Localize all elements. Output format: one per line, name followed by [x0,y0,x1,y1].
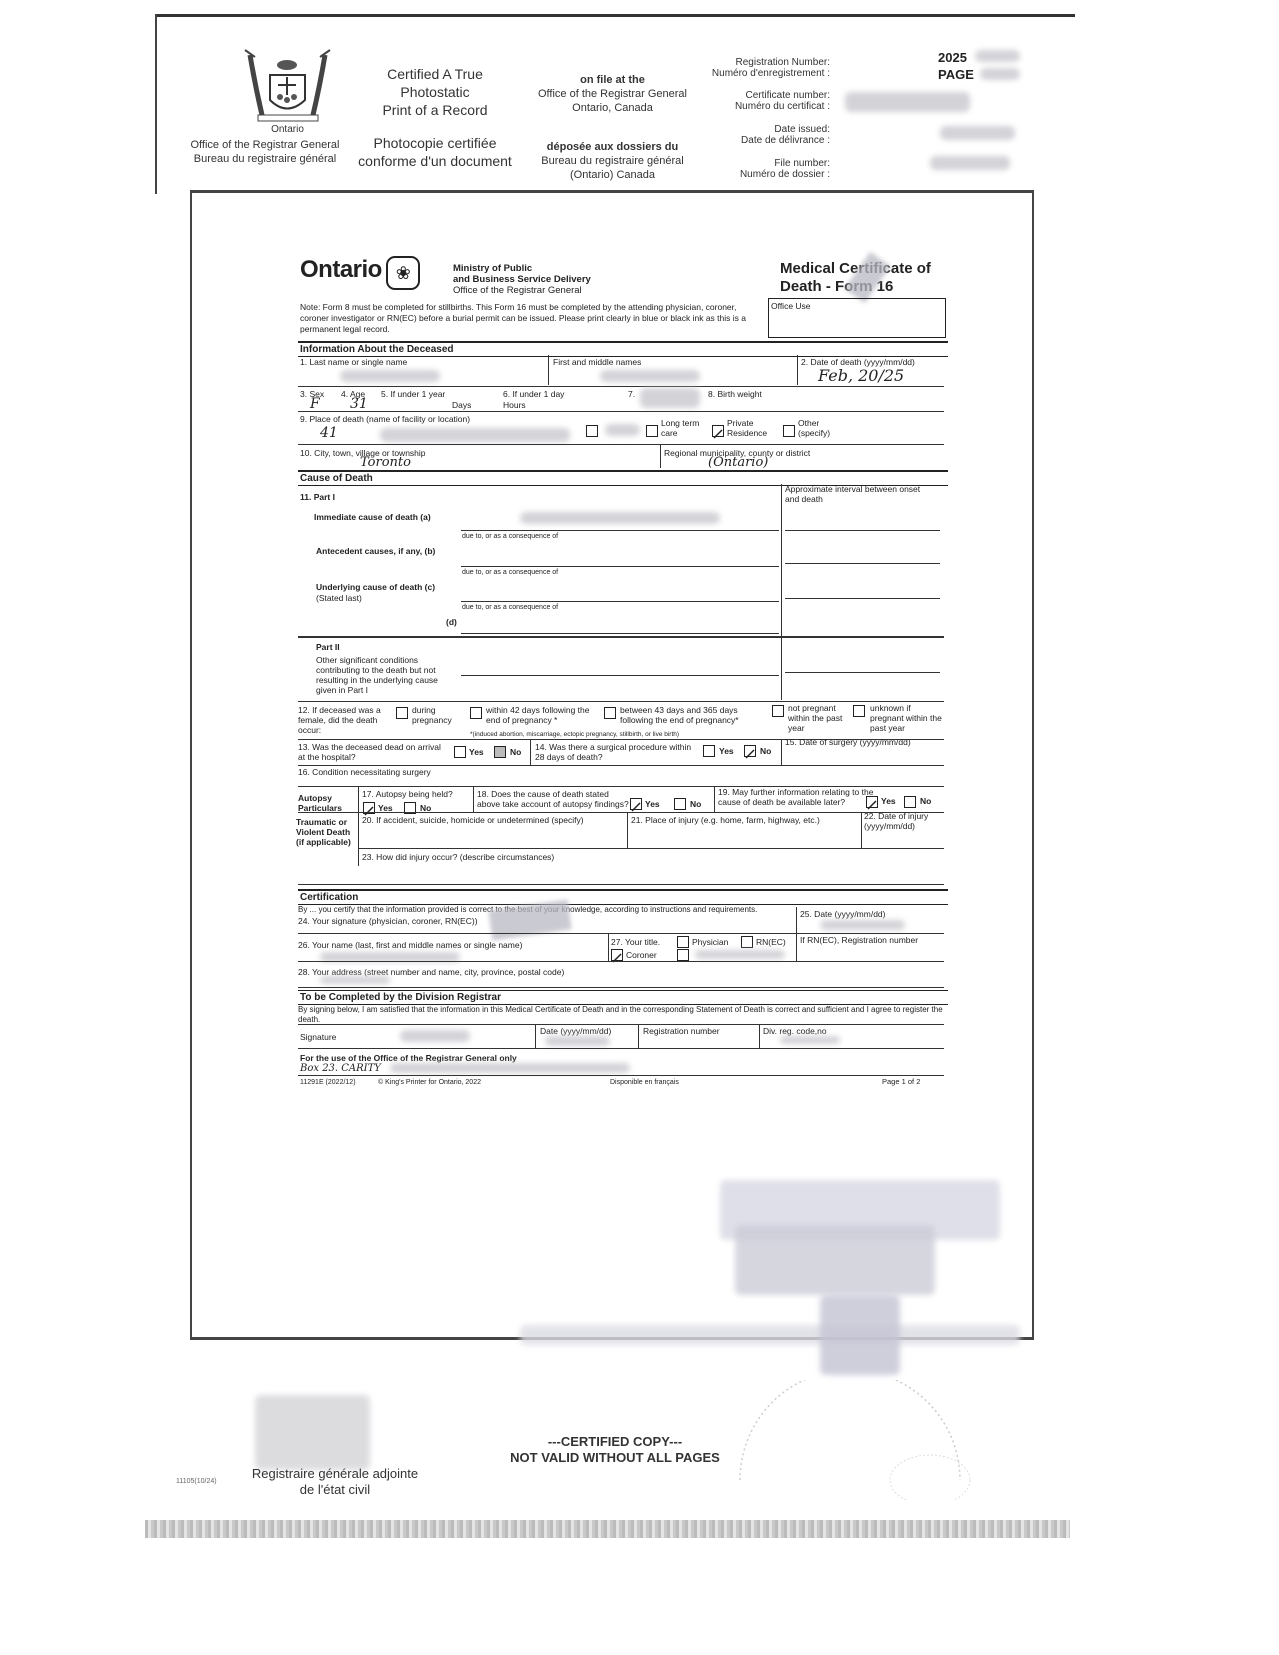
antecedent-label: Antecedent causes, if any, (b) [316,546,435,556]
divider [781,638,782,700]
registration-number-label: Registration number [643,1026,720,1036]
q16-label: 16. Condition necessitating surgery [298,767,431,777]
form-code: 11291E (2022/12) [300,1079,356,1086]
q17-label: 17. Autopsy being held? [362,789,453,799]
days-label: Days [452,400,471,410]
rn-ec-label: RN(EC) [756,937,786,947]
q23-label: 23. How did injury occur? (describe circ… [362,852,554,862]
q27-label: 27. Your title. [611,937,660,947]
hours-label: Hours [503,400,526,410]
last-name-label: 1. Last name or single name [300,357,407,367]
q12-label: 12. If deceased was a female, did the de… [298,705,398,735]
redacted-registrar-date [545,1036,610,1046]
certified-fr: Photocopie certifiée conforme d'un docum… [350,134,520,170]
q20-label: 20. If accident, suicide, homicide or un… [362,815,584,825]
due-to-a: due to, or as a consequence of [462,532,558,542]
coroner-label: Coroner [626,950,657,960]
registration-number-value: 2025 [938,50,967,65]
interval-b-line [785,563,940,564]
q25-label: 25. Date (yyyy/mm/dd) [800,909,886,919]
not-pregnant-checkbox[interactable] [772,705,784,717]
ministry-name: Ministry of Publicand Business Service D… [453,263,591,296]
row-divider [298,411,944,412]
q13-yes-label: Yes [469,747,484,757]
divider [627,812,628,848]
q13-label: 13. Was the deceased dead on arrival at … [298,742,446,762]
bottom-form-code: 11105(10/24) [176,1478,217,1485]
date-issued-label: Date issued:Date de délivrance : [690,124,830,146]
birth-weight-label: 8. Birth weight [708,389,762,399]
q26-label: 26. Your name (last, first and middle na… [298,940,522,950]
divider [638,1024,639,1048]
unknown-pregnant-label: unknown if pregnant within the past year [870,703,942,733]
during-pregnancy-label: during pregnancy [412,705,467,725]
other-checkbox[interactable] [783,425,795,437]
divider [781,739,782,765]
redacted-field-7 [640,388,700,408]
redacted-org-use [390,1063,630,1073]
divider [714,786,715,812]
divider [660,444,661,468]
interval-part2-line [785,672,940,673]
redacted-signature-block [255,1395,370,1470]
underlying-label: Underlying cause of death (c) [316,582,435,592]
part-1-label: 11. Part I [300,492,335,502]
interval-c-line [785,598,940,599]
divider [358,786,359,866]
scan-left-border [155,14,157,194]
q19-no-checkbox[interactable] [904,796,916,808]
q19-yes-checkbox[interactable] [866,796,878,808]
q19-yes-label: Yes [881,796,896,806]
row-divider [298,765,944,766]
deputy-registrar-fr: Registraire générale adjointede l'état c… [230,1466,440,1498]
age-value: 31 [350,396,368,412]
crest-caption: Ontario [240,123,335,137]
registrar-date-label: Date (yyyy/mm/dd) [540,1026,611,1036]
during-pregnancy-checkbox[interactable] [396,707,408,719]
row-divider [358,848,944,849]
under-1-day-label: 6. If under 1 day [503,389,564,399]
divider [797,355,798,385]
french-available: Disponible en français [610,1079,679,1086]
redacted-file-number [930,156,1010,170]
divider [530,739,531,765]
other-label: Other (specify) [798,418,838,438]
city-value: Toronto [360,455,411,470]
redacted-block [520,1325,1020,1345]
redacted-block [820,1295,900,1375]
official-seal-icon [720,1380,980,1500]
q21-label: 21. Place of injury (e.g. home, farm, hi… [631,815,820,825]
certificate-number-label: Certificate number:Numéro du certificat … [690,90,830,112]
q15-label: 15. Date of surgery (yyyy/mm/dd) [785,737,911,747]
q14-yes-checkbox[interactable] [703,745,715,757]
on-file-fr: déposée aux dossiers du Bureau du regist… [525,140,700,182]
line-b [461,566,779,567]
ontario-crest-icon [240,45,335,127]
long-term-care-label: Long term care [661,418,709,438]
scan-bottom-edge [145,1520,1070,1538]
certified-copy-notice: ---CERTIFIED COPY--- NOT VALID WITHOUT A… [490,1434,740,1466]
coroner-checkbox[interactable] [611,949,623,961]
interval-a-line [785,530,940,531]
row-divider [298,884,944,885]
signature-label: Signature [300,1032,336,1042]
field-7-label: 7. [628,389,635,399]
redacted-page [980,68,1020,80]
region-value: (Ontario) [708,455,768,470]
under-1-year-label: 5. If under 1 year [381,389,445,399]
row-divider [298,933,944,934]
divider [781,484,782,636]
private-residence-label: Private Residence [727,418,779,438]
row-divider [298,636,944,638]
place-of-death-label: 9. Place of death (name of facility or l… [300,414,470,424]
page-number: Page 1 of 2 [882,1077,920,1086]
page-label: PAGE [938,67,974,82]
place-of-death-value: 41 [320,425,338,441]
rn-ec-checkbox[interactable] [741,936,753,948]
divider [473,786,474,812]
q19-no-label: No [920,796,931,806]
interval-label: Approximate interval between onset and d… [785,484,935,504]
not-pregnant-label: not pregnant within the past year [788,703,850,733]
redacted-date [820,920,905,930]
q14-label: 14. Was there a surgical procedure withi… [535,742,695,762]
autopsy-label: Autopsy Particulars [298,793,356,813]
org-use-label: For the use of the Office of the Registr… [300,1053,517,1063]
registrar-statement: By signing below, I am satisfied that th… [298,1005,944,1025]
registration-number-label: Registration Number:Numéro d'enregistrem… [690,57,830,79]
traumatic-label: Traumatic or Violent Death (if applicabl… [296,817,356,847]
div-code-label: Div. reg. code,no [763,1026,827,1036]
checkmark-icon [631,802,641,812]
q14-no-label: No [760,746,771,756]
certified-en: Certified A True Photostatic Print of a … [355,65,515,119]
q18-no-checkbox[interactable] [674,798,686,810]
redacted-place-of-death [380,428,570,442]
between-43-365-checkbox[interactable] [604,707,616,719]
physician-checkbox[interactable] [677,936,689,948]
row-divider [298,1048,944,1049]
physician-label: Physician [692,937,728,947]
due-to-b: due to, or as a consequence of [462,568,558,578]
within-42-days-checkbox[interactable] [470,707,482,719]
q18-yes-label: Yes [645,799,660,809]
rn-registration-label: If RN(EC), Registration number [800,935,918,945]
hospital-checkbox[interactable] [586,425,598,437]
redacted-immediate-cause [520,512,720,524]
sex-value: F [310,396,320,412]
between-43-365-label: between 43 days and 365 days following t… [620,705,768,725]
q14-no-checkbox[interactable] [744,745,756,757]
d-label: (d) [446,617,457,627]
redacted-hospital-label [605,424,640,436]
redacted-block [735,1225,935,1295]
divider [548,355,549,385]
line-d [461,633,779,634]
line-a [461,530,779,531]
on-file-en: on file at the Office of the Registrar G… [525,73,700,115]
office-use-box: Office Use [768,298,946,338]
redacted-div-code [780,1036,840,1044]
redacted-registration [975,50,1020,62]
trillium-logo-icon: ❀ [386,256,420,290]
checkmark-icon [867,800,877,810]
row-divider [298,987,944,988]
redacted-first-names [600,370,700,382]
q24-label: 24. Your signature (physician, coroner, … [298,916,478,926]
ontario-brand: Ontario ❀ [300,256,420,290]
divider [759,1024,760,1048]
line-part2 [461,675,779,676]
coroner-investigator-checkbox[interactable] [677,949,689,961]
divider [535,1024,536,1048]
printer-credit: © King's Printer for Ontario, 2022 [378,1079,481,1086]
section-deceased: Information About the Deceased [298,341,948,357]
redacted-registrar-signature [400,1030,470,1042]
divider [796,907,797,961]
office-en: Office of the Registrar General [180,138,350,152]
row-divider [298,386,944,387]
section-certification: Certification [298,889,948,905]
row-divider [298,961,944,962]
org-use-value: Box 23. CARITY [300,1063,381,1074]
immediate-cause-label: Immediate cause of death (a) [314,512,431,522]
section-registrar: To be Completed by the Division Registra… [298,990,948,1005]
checkmark-icon [713,429,723,439]
redacted-address [320,976,390,984]
form-note: Note: Form 8 must be completed for still… [300,302,760,335]
redacted-last-name [340,370,440,382]
divider [608,933,609,961]
scan-top-border [155,14,1075,17]
stated-last-label: (Stated last) [316,593,362,603]
q13-yes-checkbox[interactable] [454,746,466,758]
date-of-death-value: Feb, 20/25 [818,366,904,385]
line-c [461,601,779,602]
q18-yes-checkbox[interactable] [630,798,642,810]
row-divider [298,701,944,702]
first-names-label: First and middle names [553,357,641,367]
part-2-desc: Other significant conditions contributin… [316,655,456,695]
row-divider [298,1075,944,1076]
q19-label: 19. May further information relating to … [718,787,888,807]
redacted-date-issued [940,126,1015,140]
row-divider [298,812,944,813]
row-divider [298,1024,944,1025]
private-residence-checkbox[interactable] [712,425,724,437]
file-number-label: File number:Numéro de dossier : [690,158,830,180]
q14-yes-label: Yes [719,746,734,756]
row-divider [298,444,944,445]
divider [861,812,862,848]
q13-no-label: No [510,747,521,757]
office-fr: Bureau du registraire général [180,152,350,166]
redacted-certificate-number [845,92,970,112]
q22-label: 22. Date of injury (yyyy/mm/dd) [864,811,944,831]
q18-label: 18. Does the cause of death stated above… [477,789,632,809]
redacted-investigator-label [695,950,785,959]
checkmark-icon [745,749,755,759]
q13-no-checkbox[interactable] [494,746,506,758]
within-42-days-label: within 42 days following the end of preg… [486,705,601,725]
long-term-care-checkbox[interactable] [646,425,658,437]
q18-no-label: No [690,799,701,809]
due-to-c: due to, or as a consequence of [462,603,558,613]
part-2-label: Part II [316,642,340,652]
unknown-pregnant-checkbox[interactable] [853,705,865,717]
